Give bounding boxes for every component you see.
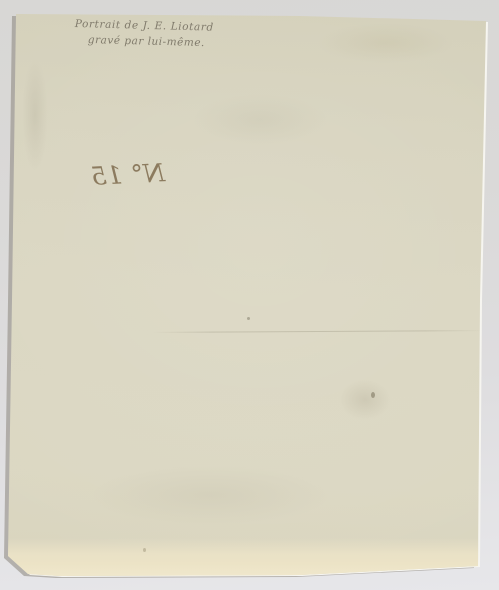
paper-crease-line <box>152 330 484 333</box>
paper-stain <box>300 18 470 68</box>
handwritten-inscription-line-2: gravé par lui-même. <box>88 34 205 49</box>
paper-bottom-edge-band <box>0 538 499 578</box>
paper-speck <box>143 548 146 552</box>
paper-speck <box>247 317 250 320</box>
paper-stain <box>170 85 350 155</box>
photo-backdrop: Portrait de J. E. Liotard gravé par lui-… <box>0 0 499 590</box>
paper-sheet-verso: Portrait de J. E. Liotard gravé par lui-… <box>0 0 499 590</box>
paper-stain <box>330 372 400 427</box>
mirrored-ink-number: N° 15 <box>92 158 165 191</box>
paper-speck <box>371 392 375 398</box>
paper-stain <box>18 40 52 190</box>
handwritten-inscription-line-1: Portrait de J. E. Liotard <box>75 18 214 34</box>
paper-stain <box>50 455 370 535</box>
